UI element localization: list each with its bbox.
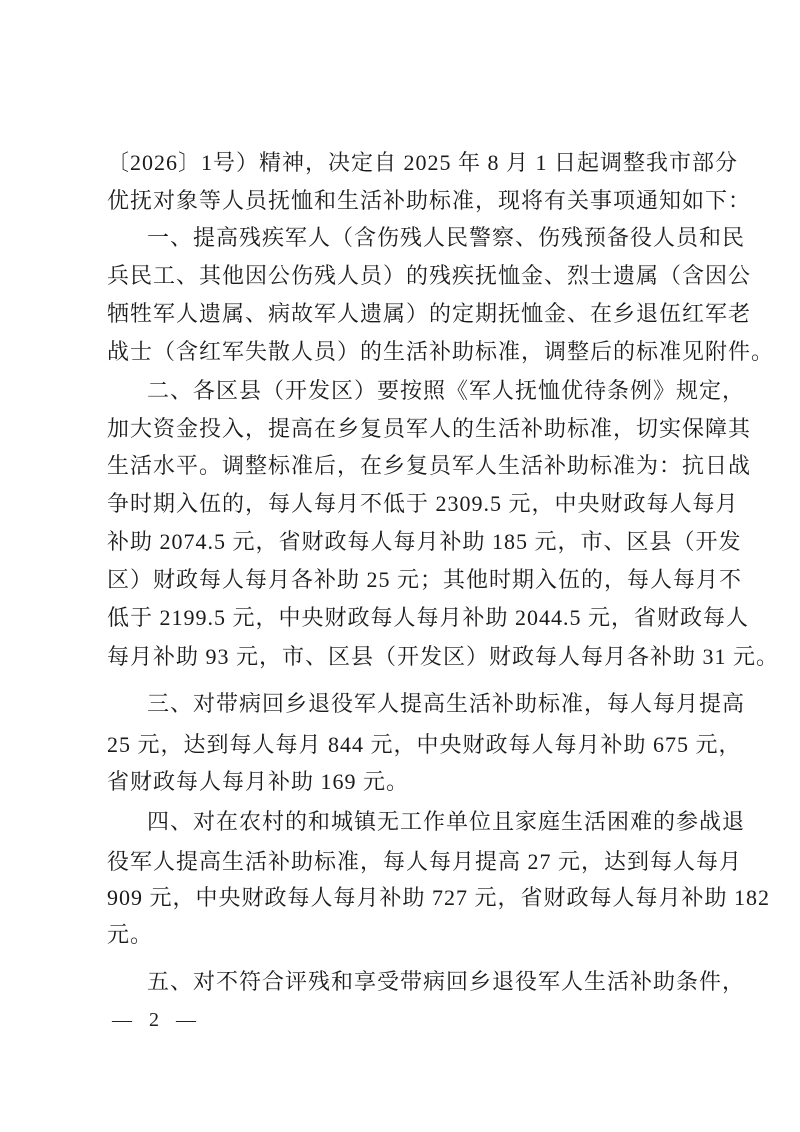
paragraph-item-3-line-2: 25 元，达到每人每月 844 元，中央财政每人每月补助 675 元， — [107, 726, 711, 764]
paragraph-item-2-line-3: 生活水平。调整标准后，在乡复员军人生活补助标准为：抗日战 — [107, 447, 711, 485]
paragraph-item-2-line-2: 加大资金投入，提高在乡复员军人的生活补助标准，切实保障其 — [107, 410, 711, 448]
paragraph-item-4-line-1: 四、对在农村的和城镇无工作单位且家庭生活困难的参战退 — [147, 803, 711, 841]
paragraph-item-2-line-6: 区）财政每人每月各补助 25 元；其他时期入伍的，每人每月不 — [107, 561, 711, 599]
paragraph-intro-line-2: 优抚对象等人员抚恤和生活补助标准，现将有关事项通知如下： — [107, 182, 711, 220]
page-number: — 2 — — [112, 1004, 202, 1036]
paragraph-intro-line-1: 〔2026〕1号）精神，决定自 2025 年 8 月 1 日起调整我市部分 — [107, 144, 711, 182]
paragraph-item-1-line-2: 兵民工、其他因公伤残人员）的残疾抚恤金、烈士遗属（含因公 — [107, 257, 711, 295]
paragraph-item-2-line-7: 低于 2199.5 元，中央财政每人每月补助 2044.5 元，省财政每人 — [107, 599, 711, 637]
paragraph-item-3-line-1: 三、对带病回乡退役军人提高生活补助标准，每人每月提高 — [147, 685, 711, 723]
paragraph-item-2-line-8: 每月补助 93 元，市、区县（开发区）财政每人每月各补助 31 元。 — [107, 638, 711, 676]
paragraph-item-1-line-1: 一、提高残疾军人（含伤残人民警察、伤残预备役人员和民 — [147, 219, 711, 257]
paragraph-item-2-line-5: 补助 2074.5 元，省财政每人每月补助 185 元，市、区县（开发 — [107, 523, 711, 561]
paragraph-item-1-line-4: 战士（含红军失散人员）的生活补助标准，调整后的标准见附件。 — [107, 333, 711, 371]
paragraph-item-4-line-4: 元。 — [107, 916, 711, 954]
paragraph-item-2-line-4: 争时期入伍的，每人每月不低于 2309.5 元，中央财政每人每月 — [107, 485, 711, 523]
paragraph-item-3-line-3: 省财政每人每月补助 169 元。 — [107, 763, 711, 801]
document-page: 〔2026〕1号）精神，决定自 2025 年 8 月 1 日起调整我市部分 优抚… — [0, 0, 800, 1132]
paragraph-item-4-line-3: 909 元，中央财政每人每月补助 727 元，省财政每人每月补助 182 — [107, 879, 711, 917]
paragraph-item-5-line-1: 五、对不符合评残和享受带病回乡退役军人生活补助条件， — [147, 963, 711, 1001]
paragraph-item-2-line-1: 二、各区县（开发区）要按照《军人抚恤优待条例》规定， — [147, 372, 711, 410]
paragraph-item-1-line-3: 牺牲军人遗属、病故军人遗属）的定期抚恤金、在乡退伍红军老 — [107, 295, 711, 333]
paragraph-item-4-line-2: 役军人提高生活补助标准，每人每月提高 27 元，达到每人每月 — [107, 843, 711, 881]
